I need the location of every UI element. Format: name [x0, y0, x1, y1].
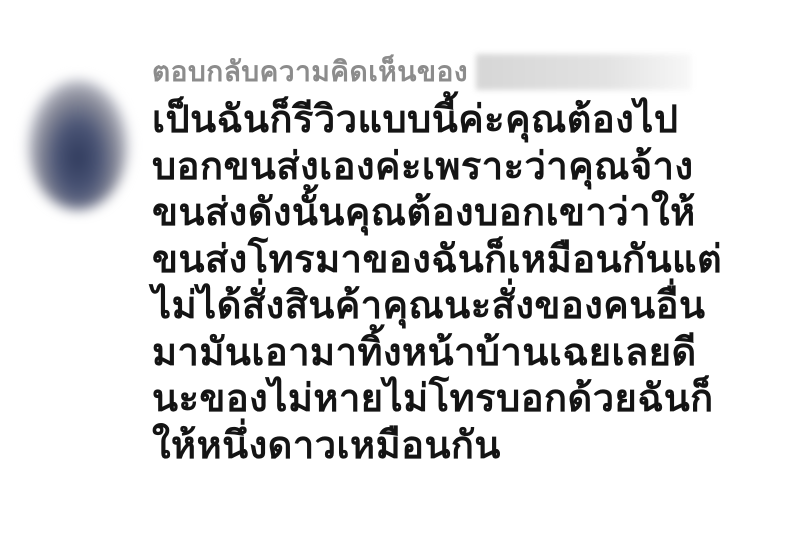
comment-card: ตอบกลับความคิดเห็นของ (blurred) เป็นฉันก…	[0, 0, 800, 541]
comment-line: ไม่ได้สั่งสินค้าคุณนะสั่งของคนอื่น	[152, 282, 792, 329]
comment-line: ขนส่งโทรมาของฉันก็เหมือนกันแต่	[152, 236, 792, 283]
comment-body: เป็นฉันก็รีวิวแบบนี้ค่ะคุณต้องไป บอกขนส่…	[152, 96, 792, 468]
avatar[interactable]	[28, 80, 128, 210]
comment-line: ขนส่งดังนั้นคุณต้องบอกเขาว่าให้	[152, 189, 792, 236]
reply-header: ตอบกลับความคิดเห็นของ (blurred)	[152, 52, 691, 92]
replied-user-name-blurred[interactable]: (blurred)	[476, 54, 691, 90]
comment-line: บอกขนส่งเองค่ะเพราะว่าคุณจ้าง	[152, 143, 792, 190]
comment-line: นะของไม่หายไม่โทรบอกด้วยฉันก็	[152, 375, 792, 422]
comment-line: เป็นฉันก็รีวิวแบบนี้ค่ะคุณต้องไป	[152, 96, 792, 143]
comment-line: ให้หนึ่งดาวเหมือนกัน	[152, 422, 792, 469]
reply-label: ตอบกลับความคิดเห็นของ	[152, 50, 468, 94]
comment-line: มามันเอามาทิ้งหน้าบ้านเฉยเลยดี	[152, 329, 792, 376]
